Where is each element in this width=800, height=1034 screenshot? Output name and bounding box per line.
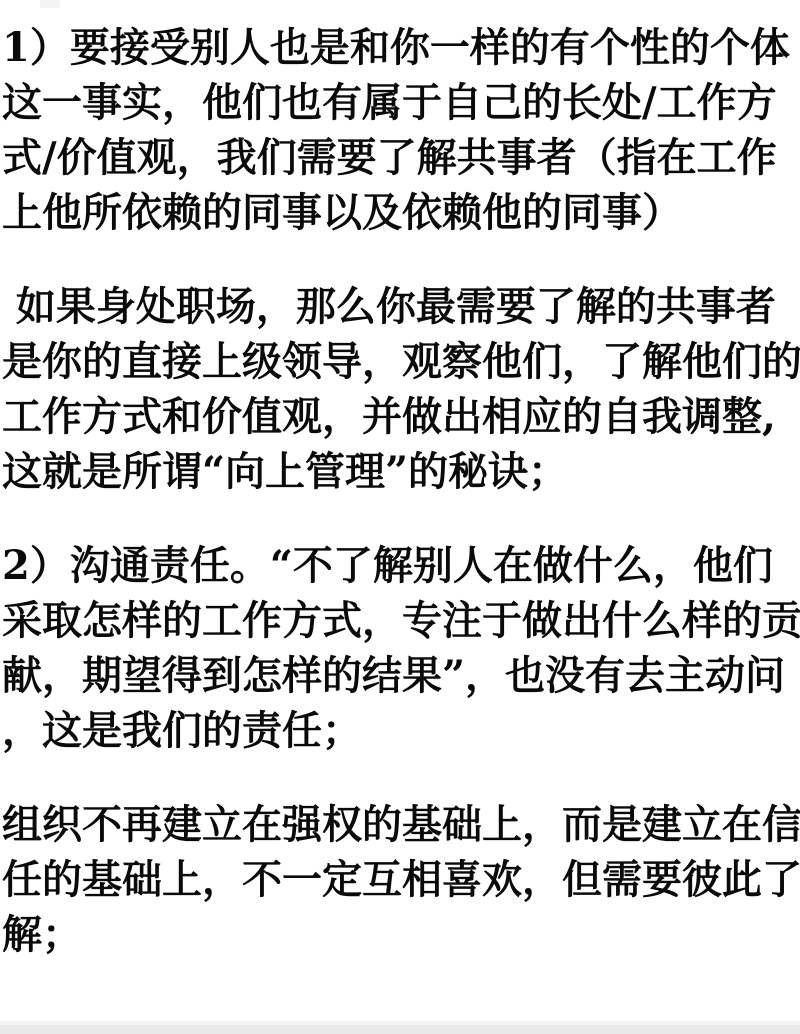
- reader-page: 1）要接受别人也是和你一样的有个性的个体 这一事实，他们也有属于自己的长处/工作…: [0, 0, 800, 1034]
- text-line: 这就是所谓“向上管理”的秘诀；: [2, 444, 800, 499]
- paragraph-2: 如果身处职场，那么你最需要了解的共事者 是你的直接上级领导，观察他们，了解他们的…: [2, 279, 800, 499]
- cropped-character-fragment: [40, 0, 60, 8]
- bottom-edge-bar: [0, 1025, 800, 1034]
- text-line: 任的基础上，不一定互相喜欢，但需要彼此了: [2, 852, 800, 907]
- text-line: ，这是我们的责任；: [2, 703, 800, 758]
- paragraph-1: 1）要接受别人也是和你一样的有个性的个体 这一事实，他们也有属于自己的长处/工作…: [2, 20, 800, 240]
- text-line: 献，期望得到怎样的结果”，也没有去主动问: [2, 648, 800, 703]
- text-line: 组织不再建立在强权的基础上，而是建立在信: [2, 797, 800, 852]
- reader-text-content: 1）要接受别人也是和你一样的有个性的个体 这一事实，他们也有属于自己的长处/工作…: [2, 20, 800, 1001]
- paragraph-3: 2）沟通责任。“不了解别人在做什么，他们 采取怎样的工作方式，专注于做出什么样的…: [2, 538, 800, 758]
- text-line: 1）要接受别人也是和你一样的有个性的个体: [2, 20, 800, 75]
- text-line: 如果身处职场，那么你最需要了解的共事者: [2, 279, 800, 334]
- text-line: 式/价值观，我们需要了解共事者（指在工作: [2, 130, 800, 185]
- text-line: 上他所依赖的同事以及依赖他的同事）: [2, 185, 800, 240]
- text-line: 是你的直接上级领导，观察他们，了解他们的: [2, 334, 800, 389]
- text-line: 2）沟通责任。“不了解别人在做什么，他们: [2, 538, 800, 593]
- text-line: 采取怎样的工作方式，专注于做出什么样的贡: [2, 593, 800, 648]
- paragraph-4: 组织不再建立在强权的基础上，而是建立在信 任的基础上，不一定互相喜欢，但需要彼此…: [2, 797, 800, 962]
- text-line: 工作方式和价值观，并做出相应的自我调整,: [2, 389, 800, 444]
- text-line: 解；: [2, 907, 800, 962]
- text-line: 这一事实，他们也有属于自己的长处/工作方: [2, 75, 800, 130]
